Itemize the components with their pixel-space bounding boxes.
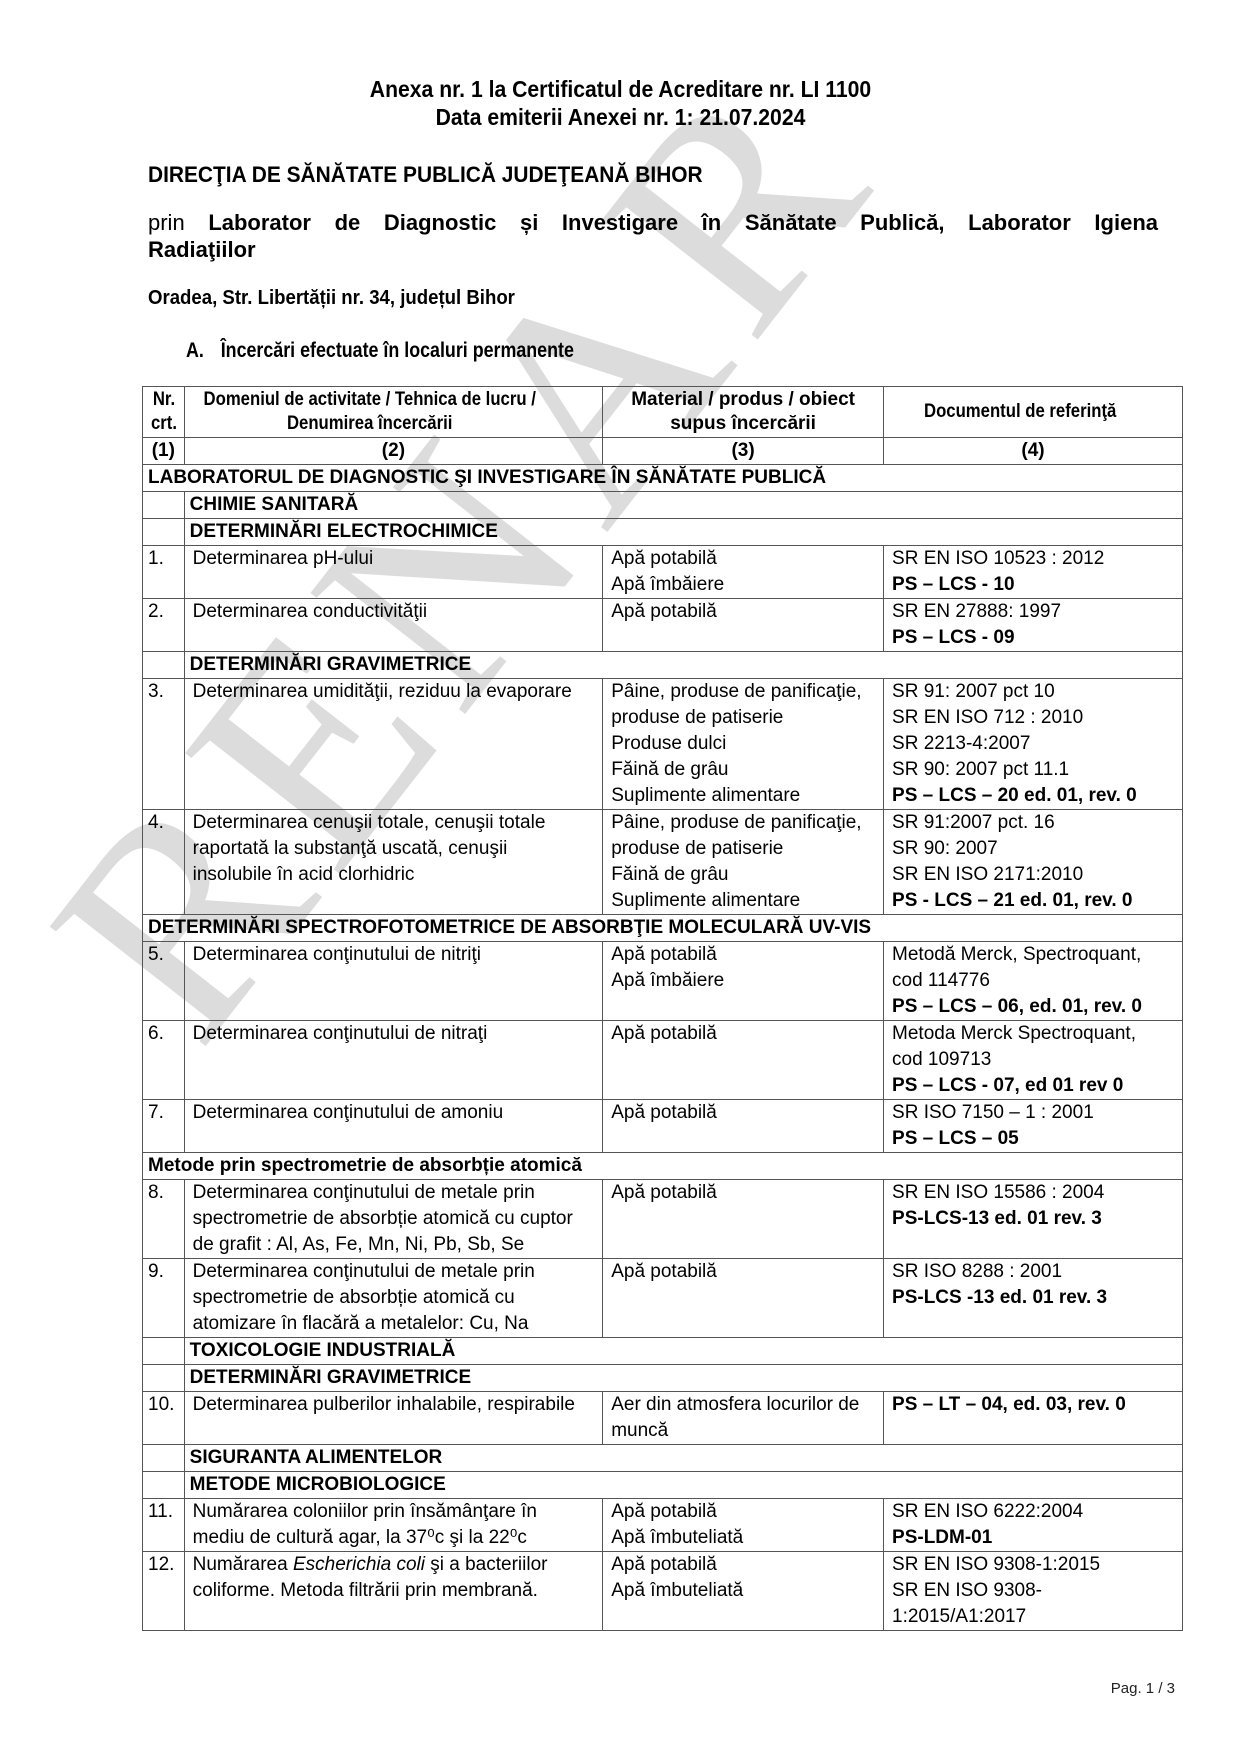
section-title: Încercări efectuate în localuri permanen… <box>221 339 574 362</box>
table-row: 1.Determinarea pH-uluiApă potabilăApă îm… <box>143 546 1183 599</box>
empty-cell <box>143 519 185 546</box>
reference-document: SR ISO 7150 – 1 : 2001PS – LCS – 05 <box>884 1100 1183 1153</box>
test-name: Determinarea conţinutului de nitraţi <box>184 1021 603 1100</box>
address: Oradea, Str. Libertății nr. 34, județul … <box>148 287 515 310</box>
subsection-label: SIGURANTA ALIMENTELOR <box>184 1445 1182 1472</box>
material: Apă potabilăApă îmbăiere <box>603 942 884 1021</box>
header-material: Material / produs / obiect supus încercă… <box>603 387 884 438</box>
material: Aer din atmosfera locurilor demuncă <box>603 1392 884 1445</box>
table-row: 2.Determinarea conductivităţiiApă potabi… <box>143 599 1183 652</box>
reference-document: SR EN ISO 10523 : 2012PS – LCS - 10 <box>884 546 1183 599</box>
section-letter: A. <box>186 339 204 362</box>
table-row: 7.Determinarea conţinutului de amoniuApă… <box>143 1100 1183 1153</box>
row-number: 7. <box>143 1100 185 1153</box>
subsection-label: METODE MICROBIOLOGICE <box>184 1472 1182 1499</box>
test-name: Determinarea pulberilor inhalabile, resp… <box>184 1392 603 1445</box>
test-name: Determinarea conţinutului de metale prin… <box>184 1259 603 1338</box>
section-label: DETERMINĂRI SPECTROFOTOMETRICE DE ABSORB… <box>143 915 1183 942</box>
subsection-label: DETERMINĂRI GRAVIMETRICE <box>184 652 1182 679</box>
material: Apă potabilă <box>603 1259 884 1338</box>
empty-cell <box>143 1365 185 1392</box>
table-section-row: DETERMINĂRI GRAVIMETRICE <box>143 652 1183 679</box>
table-section-row: LABORATORUL DE DIAGNOSTIC ŞI INVESTIGARE… <box>143 465 1183 492</box>
material: Pâine, produse de panificaţie,produse de… <box>603 679 884 810</box>
header-reference: Documentul de referinţă <box>884 387 1183 438</box>
reference-document: SR EN ISO 6222:2004PS-LDM-01 <box>884 1499 1183 1552</box>
material: Apă potabilăApă îmbuteliată <box>603 1552 884 1631</box>
subsection-label: DETERMINĂRI ELECTROCHIMICE <box>184 519 1182 546</box>
material: Apă potabilăApă îmbăiere <box>603 546 884 599</box>
institution-name: DIRECŢIA DE SĂNĂTATE PUBLICĂ JUDEŢEANĂ B… <box>148 162 703 188</box>
row-number: 1. <box>143 546 185 599</box>
row-number: 12. <box>143 1552 185 1631</box>
table-section-row: METODE MICROBIOLOGICE <box>143 1472 1183 1499</box>
subsection-label: CHIMIE SANITARĂ <box>184 492 1182 519</box>
reference-document: SR 91:2007 pct. 16SR 90: 2007SR EN ISO 2… <box>884 810 1183 915</box>
subsection-label: DETERMINĂRI GRAVIMETRICE <box>184 1365 1182 1392</box>
reference-document: PS – LT – 04, ed. 03, rev. 0 <box>884 1392 1183 1445</box>
section-heading: A. Încercări efectuate în localuri perma… <box>186 339 574 363</box>
table-row: 11.Numărarea coloniilor prin însămânţare… <box>143 1499 1183 1552</box>
table-row: 5.Determinarea conţinutului de nitriţiAp… <box>143 942 1183 1021</box>
table-section-row: SIGURANTA ALIMENTELOR <box>143 1445 1183 1472</box>
table-row: 10.Determinarea pulberilor inhalabile, r… <box>143 1392 1183 1445</box>
table-section-row: DETERMINĂRI GRAVIMETRICE <box>143 1365 1183 1392</box>
material: Pâine, produse de panificaţie,produse de… <box>603 810 884 915</box>
laboratory-line: prin Laborator de Diagnostic și Investig… <box>148 208 1158 237</box>
section-label: Metode prin spectrometrie de absorbție a… <box>143 1153 1183 1180</box>
reference-document: SR EN 27888: 1997PS – LCS - 09 <box>884 599 1183 652</box>
table-row: 8.Determinarea conţinutului de metale pr… <box>143 1180 1183 1259</box>
reference-document: SR EN ISO 15586 : 2004PS-LCS-13 ed. 01 r… <box>884 1180 1183 1259</box>
material: Apă potabilă <box>603 1021 884 1100</box>
test-name: Determinarea conductivităţii <box>184 599 603 652</box>
header-activity: Domeniul de activitate / Tehnica de lucr… <box>184 387 603 438</box>
subsection-label: TOXICOLOGIE INDUSTRIALĂ <box>184 1338 1182 1365</box>
table-header-row: Nr. crt. Domeniul de activitate / Tehnic… <box>143 387 1183 438</box>
table-row: 6.Determinarea conţinutului de nitraţiAp… <box>143 1021 1183 1100</box>
table-row: 4.Determinarea cenuşii totale, cenuşii t… <box>143 810 1183 915</box>
test-name: Determinarea conţinutului de amoniu <box>184 1100 603 1153</box>
column-index: (1) <box>143 438 185 465</box>
material: Apă potabilă <box>603 1100 884 1153</box>
row-number: 3. <box>143 679 185 810</box>
row-number: 6. <box>143 1021 185 1100</box>
row-number: 4. <box>143 810 185 915</box>
reference-document: Metoda Merck Spectroquant,cod 109713PS –… <box>884 1021 1183 1100</box>
test-name: Numărarea coloniilor prin însămânţare în… <box>184 1499 603 1552</box>
test-name: Determinarea umidităţii, reziduu la evap… <box>184 679 603 810</box>
table-row: 3.Determinarea umidităţii, reziduu la ev… <box>143 679 1183 810</box>
column-index: (4) <box>884 438 1183 465</box>
empty-cell <box>143 1445 185 1472</box>
table-row: 12.Numărarea Escherichia coli şi a bacte… <box>143 1552 1183 1631</box>
laboratory-name: Laborator de Diagnostic și Investigare î… <box>208 210 1158 235</box>
table-section-row: DETERMINĂRI ELECTROCHIMICE <box>143 519 1183 546</box>
test-name: Determinarea cenuşii totale, cenuşii tot… <box>184 810 603 915</box>
column-index: (2) <box>184 438 603 465</box>
page-number: Pag. 1 / 3 <box>1111 1680 1175 1697</box>
reference-document: Metodă Merck, Spectroquant,cod 114776PS … <box>884 942 1183 1021</box>
row-number: 5. <box>143 942 185 1021</box>
table-row: 9.Determinarea conţinutului de metale pr… <box>143 1259 1183 1338</box>
annex-title: Anexa nr. 1 la Certificatul de Acreditar… <box>50 76 1192 103</box>
empty-cell <box>143 1472 185 1499</box>
row-number: 2. <box>143 599 185 652</box>
column-index: (3) <box>603 438 884 465</box>
test-name: Numărarea Escherichia coli şi a bacterii… <box>184 1552 603 1631</box>
material: Apă potabilă <box>603 599 884 652</box>
reference-document: SR EN ISO 9308-1:2015SR EN ISO 9308-1:20… <box>884 1552 1183 1631</box>
accreditation-table: Nr. crt. Domeniul de activitate / Tehnic… <box>142 386 1183 1631</box>
test-name: Determinarea conţinutului de nitriţi <box>184 942 603 1021</box>
row-number: 8. <box>143 1180 185 1259</box>
column-index-row: (1) (2) (3) (4) <box>143 438 1183 465</box>
reference-document: SR ISO 8288 : 2001PS-LCS -13 ed. 01 rev.… <box>884 1259 1183 1338</box>
laboratory-name-continued: Radiaţiilor <box>148 237 256 263</box>
empty-cell <box>143 1338 185 1365</box>
test-name: Determinarea pH-ului <box>184 546 603 599</box>
table-section-row: DETERMINĂRI SPECTROFOTOMETRICE DE ABSORB… <box>143 915 1183 942</box>
row-number: 9. <box>143 1259 185 1338</box>
row-number: 11. <box>143 1499 185 1552</box>
empty-cell <box>143 492 185 519</box>
table-section-row: TOXICOLOGIE INDUSTRIALĂ <box>143 1338 1183 1365</box>
annex-date: Data emiterii Anexei nr. 1: 21.07.2024 <box>50 104 1192 131</box>
header-nr: Nr. crt. <box>143 387 185 438</box>
section-label: LABORATORUL DE DIAGNOSTIC ŞI INVESTIGARE… <box>143 465 1183 492</box>
reference-document: SR 91: 2007 pct 10SR EN ISO 712 : 2010SR… <box>884 679 1183 810</box>
material: Apă potabilăApă îmbuteliată <box>603 1499 884 1552</box>
empty-cell <box>143 652 185 679</box>
table-section-row: CHIMIE SANITARĂ <box>143 492 1183 519</box>
laboratory-prefix: prin <box>148 210 185 235</box>
table-body: LABORATORUL DE DIAGNOSTIC ŞI INVESTIGARE… <box>143 465 1183 1631</box>
test-name: Determinarea conţinutului de metale prin… <box>184 1180 603 1259</box>
material: Apă potabilă <box>603 1180 884 1259</box>
table-section-row: Metode prin spectrometrie de absorbție a… <box>143 1153 1183 1180</box>
row-number: 10. <box>143 1392 185 1445</box>
